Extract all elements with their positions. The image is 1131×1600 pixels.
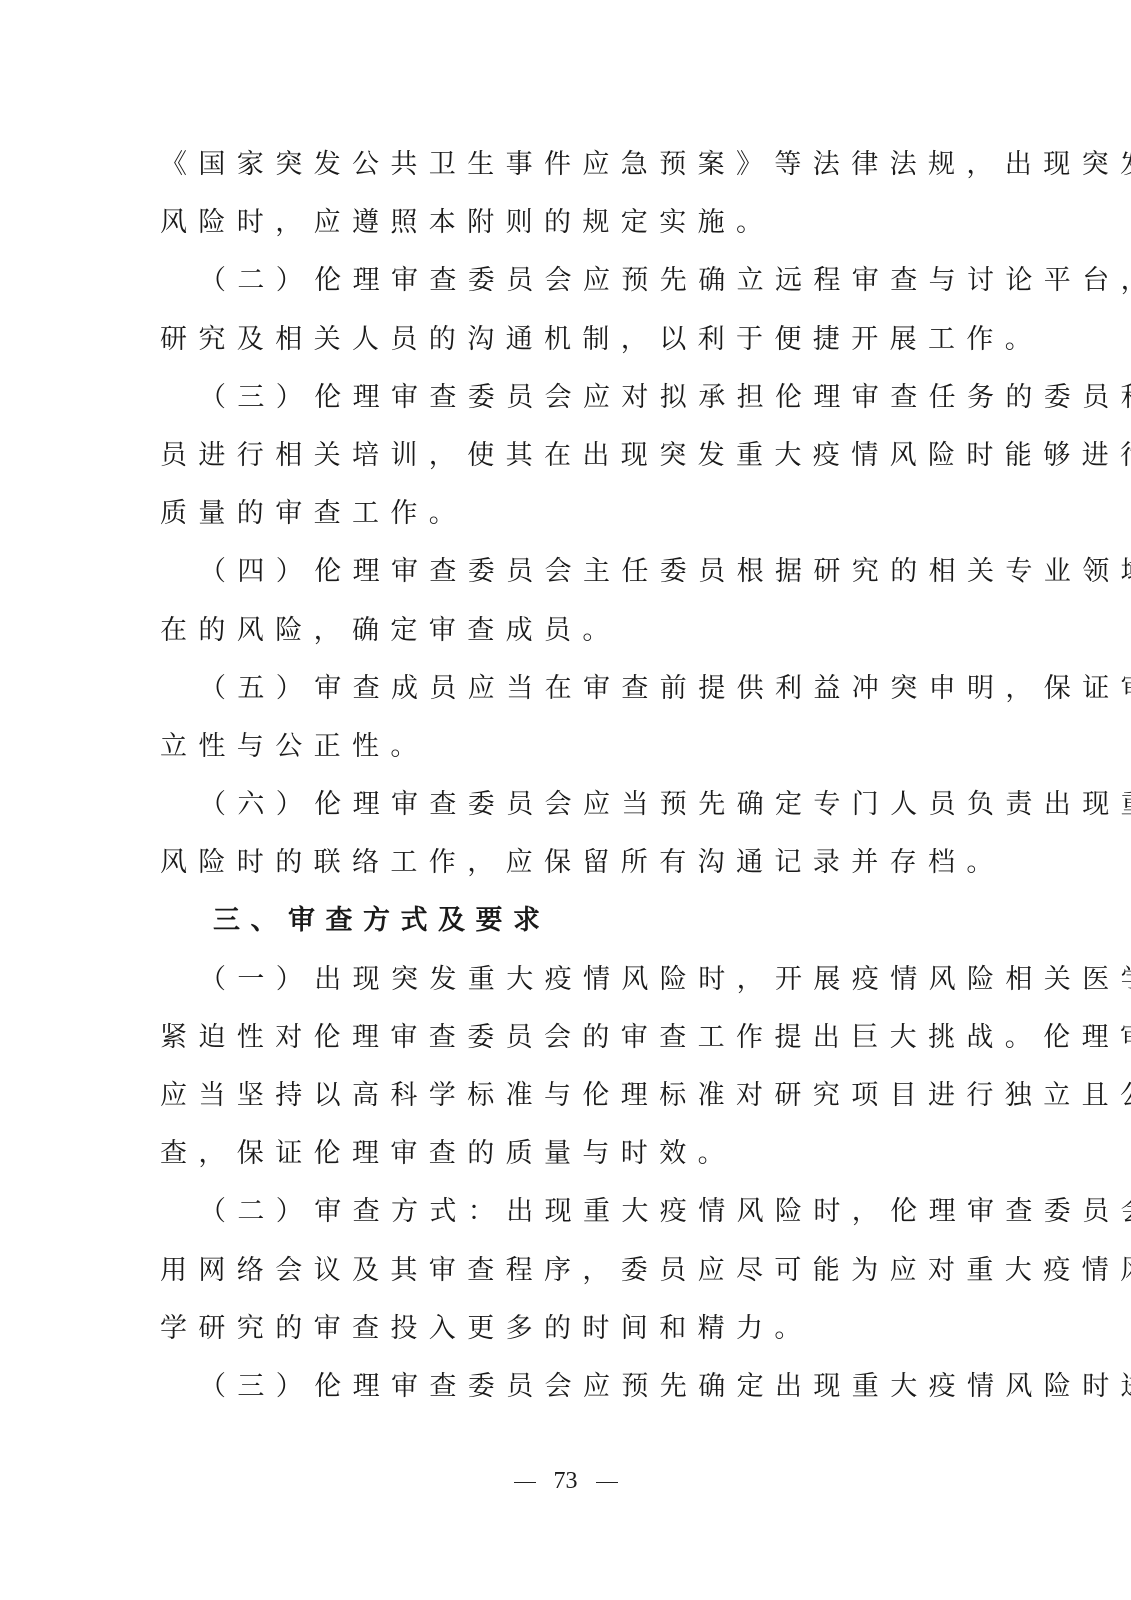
- paragraph-3-3-start: （三）伦理审查委员会应预先确定出现重大疫情风险时进行相关: [160, 1365, 950, 1423]
- text-line: 风险时的联络工作，应保留所有沟通记录并存档。: [160, 841, 950, 899]
- text-line: 《国家突发公共卫生事件应急预案》等法律法规，出现突发重大疫情: [160, 143, 950, 201]
- footer-dash-left: [514, 1482, 536, 1483]
- text-line: 立性与公正性。: [160, 725, 950, 783]
- text-line: 风险时，应遵照本附则的规定实施。: [160, 201, 950, 259]
- footer-dash-right: [596, 1482, 618, 1483]
- paragraph-6-start: （六）伦理审查委员会应当预先确定专门人员负责出现重大疫情: [160, 783, 950, 841]
- text-line: 应当坚持以高科学标准与伦理标准对研究项目进行独立且公正的审: [160, 1074, 950, 1132]
- text-line: 员进行相关培训，使其在出现突发重大疫情风险时能够进行高效且有: [160, 434, 950, 492]
- paragraph-3-1-start: （一）出现突发重大疫情风险时，开展疫情风险相关医学研究的: [160, 958, 950, 1016]
- paragraph-3-2-start: （二）审查方式：出现重大疫情风险时，伦理审查委员会可以采: [160, 1190, 950, 1248]
- page-number: 73: [554, 1468, 578, 1495]
- document-page: 《国家突发公共卫生事件应急预案》等法律法规，出现突发重大疫情 风险时，应遵照本附…: [0, 0, 1131, 1600]
- text-line: 研究及相关人员的沟通机制，以利于便捷开展工作。: [160, 318, 950, 376]
- text-line: 学研究的审查投入更多的时间和精力。: [160, 1307, 950, 1365]
- text-line: 在的风险，确定审查成员。: [160, 609, 950, 667]
- paragraph-3-start: （三）伦理审查委员会应对拟承担伦理审查任务的委员和工作人: [160, 376, 950, 434]
- paragraph-5-start: （五）审查成员应当在审查前提供利益冲突申明，保证审查的独: [160, 667, 950, 725]
- section-heading: 三、审查方式及要求: [160, 899, 950, 957]
- paragraph-4-start: （四）伦理审查委员会主任委员根据研究的相关专业领域及其潜: [160, 550, 950, 608]
- body-text: 《国家突发公共卫生事件应急预案》等法律法规，出现突发重大疫情 风险时，应遵照本附…: [160, 143, 950, 1423]
- text-line: 用网络会议及其审查程序，委员应尽可能为应对重大疫情风险相关医: [160, 1249, 950, 1307]
- text-line: 质量的审查工作。: [160, 492, 950, 550]
- paragraph-2-start: （二）伦理审查委员会应预先确立远程审查与讨论平台，建立与: [160, 259, 950, 317]
- text-line: 查，保证伦理审查的质量与时效。: [160, 1132, 950, 1190]
- text-line: 紧迫性对伦理审查委员会的审查工作提出巨大挑战。伦理审查委员会: [160, 1016, 950, 1074]
- page-footer: 73: [0, 1468, 1131, 1495]
